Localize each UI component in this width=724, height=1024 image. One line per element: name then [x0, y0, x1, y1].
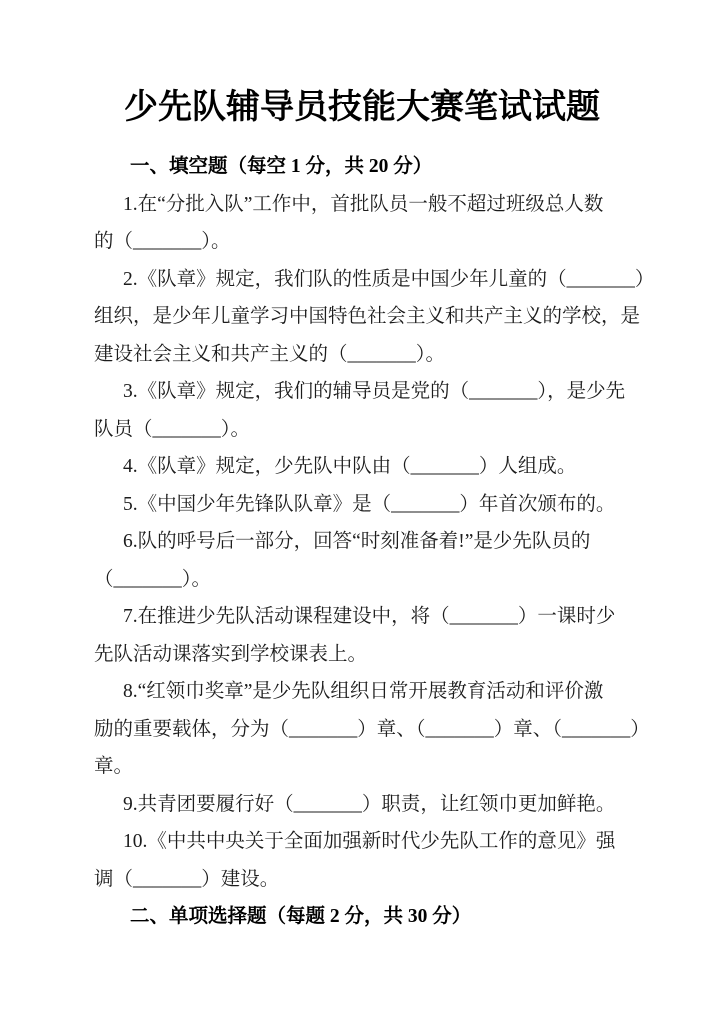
doc-body: 一、填空题（每空 1 分，共 20 分） 1.在“分批入队”工作中，首批队员一般… [94, 148, 630, 936]
exam-page: 少先队辅导员技能大赛笔试试题 一、填空题（每空 1 分，共 20 分） 1.在“… [0, 0, 724, 1024]
q3-line-1: 3.《队章》规定，我们的辅导员是党的（_______），是少先 [94, 373, 630, 411]
q6-line-1: 6.队的呼号后一部分，回答“时刻准备着!”是少先队员的 [94, 523, 630, 561]
q7-line-2: 先队活动课落实到学校课表上。 [94, 636, 630, 674]
q2-line-3: 建设社会主义和共产主义的（_______）。 [94, 336, 630, 374]
q2-line-1: 2.《队章》规定，我们队的性质是中国少年儿童的（_______） [94, 261, 630, 299]
q5-line-1: 5.《中国少年先锋队队章》是（_______）年首次颁布的。 [94, 486, 630, 524]
q8-line-1: 8.“红领巾奖章”是少先队组织日常开展教育活动和评价激 [94, 673, 630, 711]
q6-line-2: （_______）。 [94, 561, 630, 599]
q3-line-2: 队员（_______）。 [94, 411, 630, 449]
q8-line-3: 章。 [94, 748, 630, 786]
q8-line-2: 励的重要载体，分为（_______）章、（_______）章、（_______） [94, 711, 630, 749]
q1-line-1: 1.在“分批入队”工作中，首批队员一般不超过班级总人数 [94, 186, 630, 224]
q4-line-1: 4.《队章》规定，少先队中队由（_______）人组成。 [94, 448, 630, 486]
q2-line-2: 组织，是少年儿童学习中国特色社会主义和共产主义的学校，是 [94, 298, 630, 336]
q10-line-1: 10.《中共中央关于全面加强新时代少先队工作的意见》强 [94, 823, 630, 861]
q9-line-1: 9.共青团要履行好（_______）职责，让红领巾更加鲜艳。 [94, 786, 630, 824]
section-1-heading: 一、填空题（每空 1 分，共 20 分） [94, 148, 630, 186]
q7-line-1: 7.在推进少先队活动课程建设中，将（_______）一课时少 [94, 598, 630, 636]
q10-line-2: 调（_______）建设。 [94, 861, 630, 899]
section-2-heading: 二、单项选择题（每题 2 分，共 30 分） [94, 898, 630, 936]
q1-line-2: 的（_______）。 [94, 223, 630, 261]
doc-title: 少先队辅导员技能大赛笔试试题 [0, 0, 724, 132]
